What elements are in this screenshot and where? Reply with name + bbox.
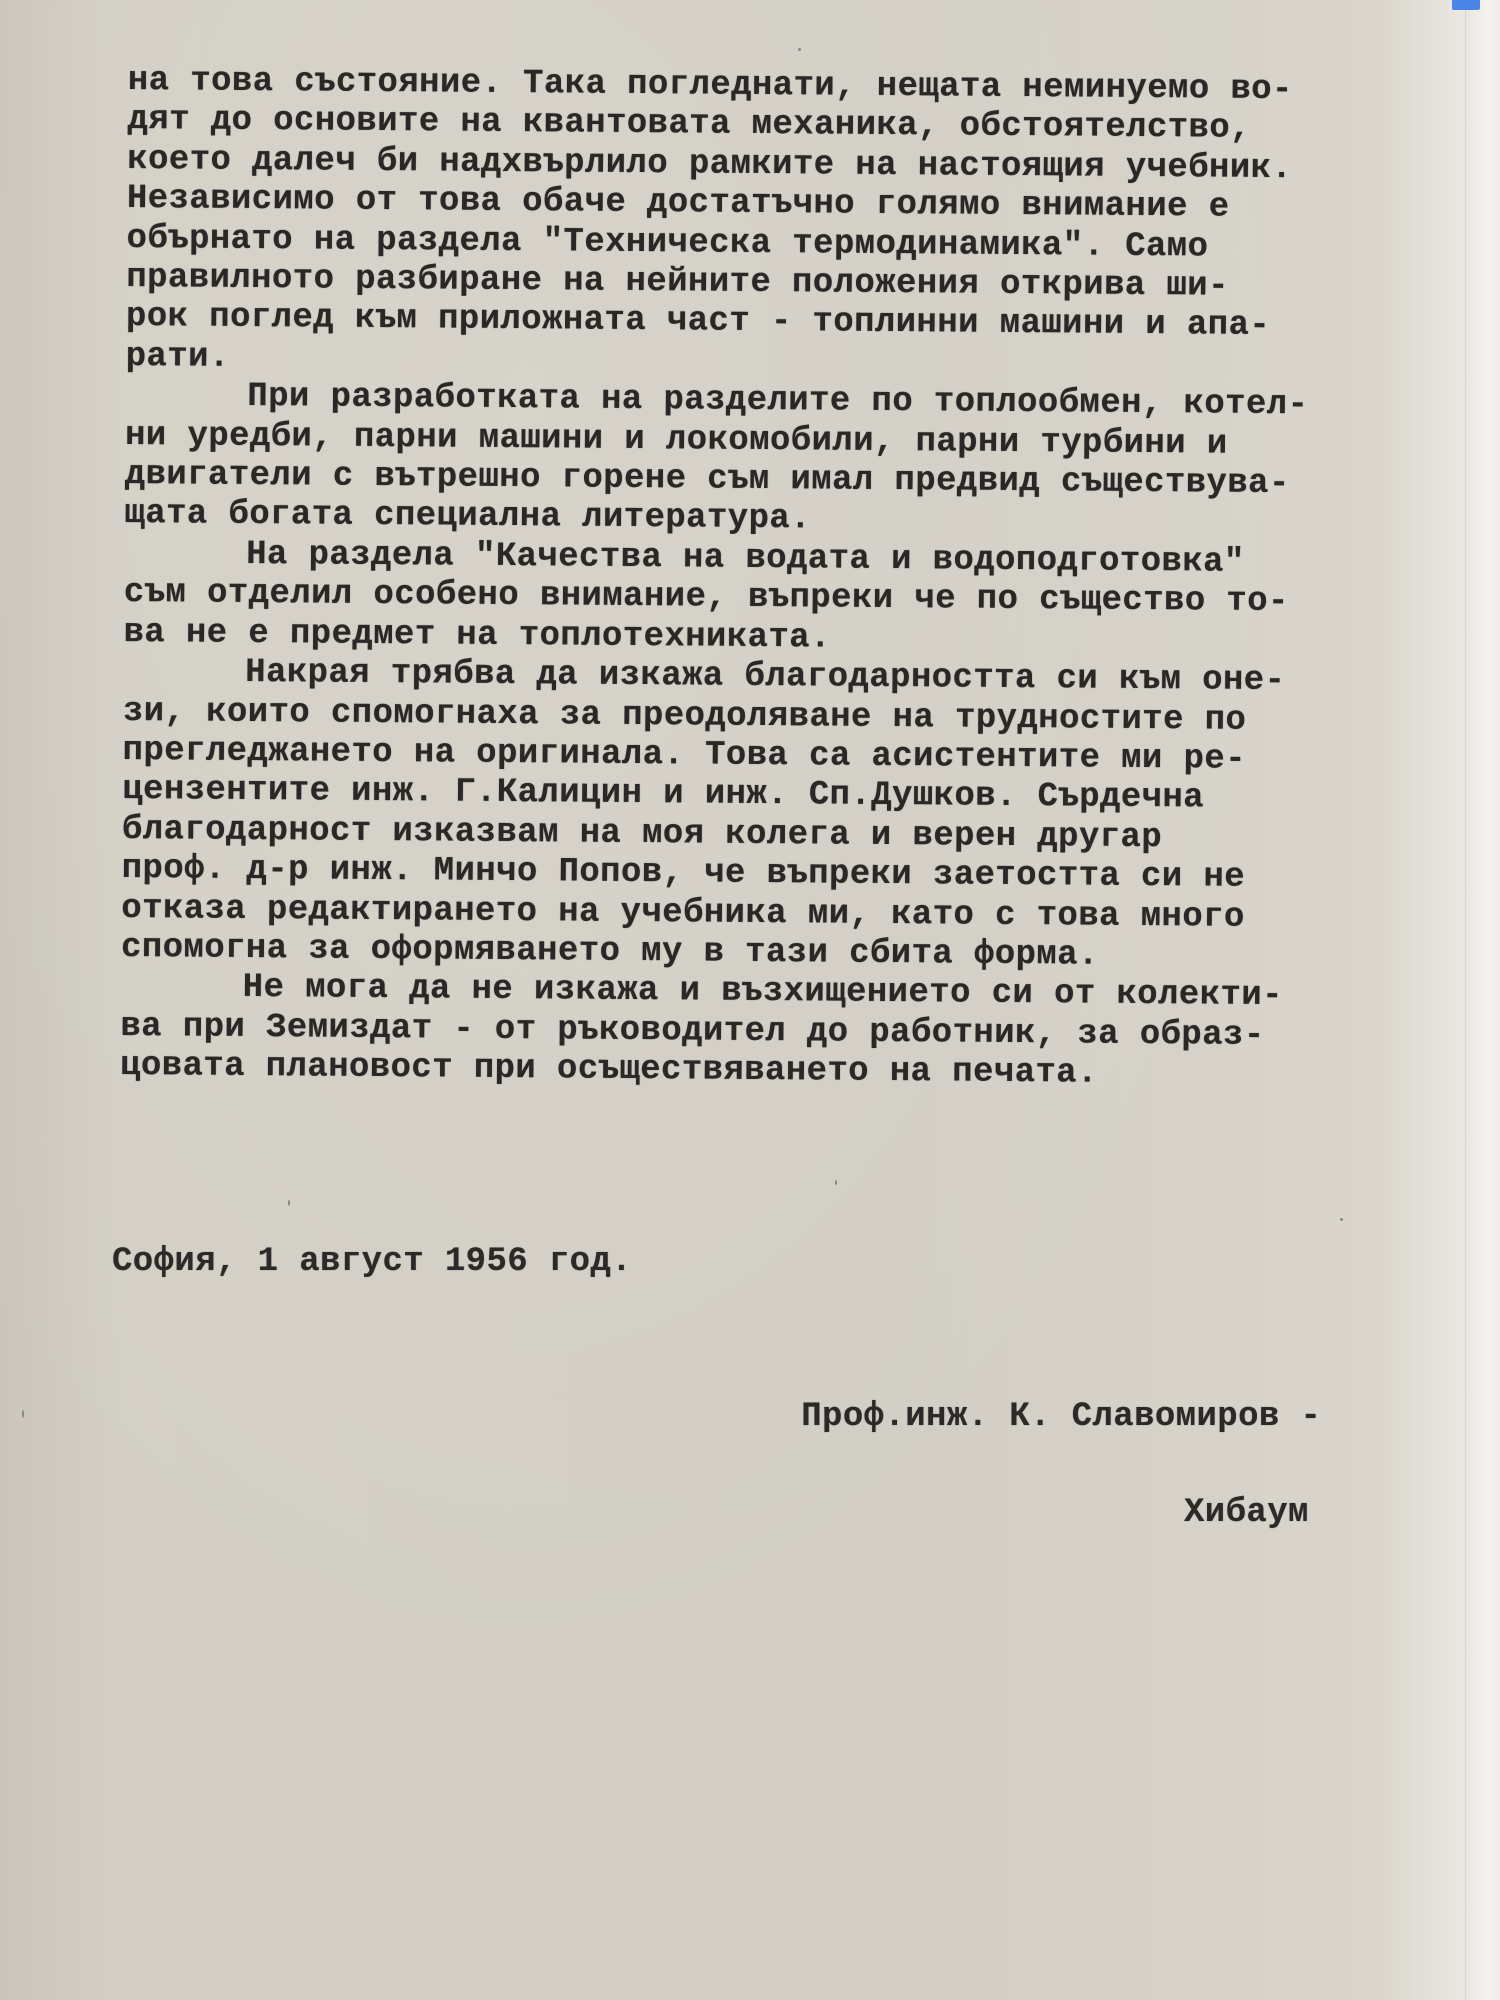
- signature-name: Проф.инж. К. Славомиров -: [801, 1398, 1321, 1436]
- ink-speck: [835, 1180, 837, 1185]
- ink-speck: [288, 1200, 290, 1206]
- blue-corner-marker: [1452, 0, 1480, 10]
- signature-block: Проф.инж. К. Славомиров - Хибаум: [718, 1345, 1321, 1633]
- ink-speck: [22, 1410, 24, 1418]
- paper-page: на това състояние. Така погледнати, неща…: [0, 0, 1500, 2000]
- ink-speck: [798, 48, 801, 51]
- typewritten-body: на това състояние. Така погледнати, неща…: [120, 62, 1448, 1097]
- next-page-edge: [1465, 0, 1500, 2000]
- ink-speck: [1340, 1218, 1343, 1221]
- signature-surname: Хибаум: [718, 1489, 1321, 1537]
- dateline: София, 1 август 1956 год.: [112, 1243, 632, 1281]
